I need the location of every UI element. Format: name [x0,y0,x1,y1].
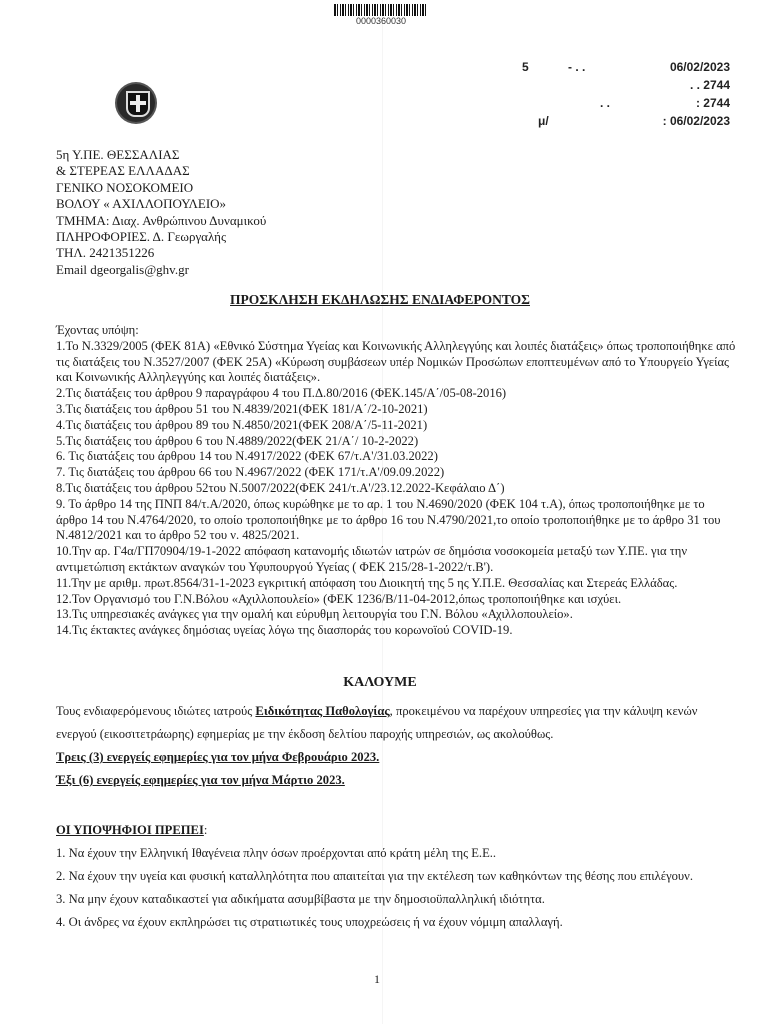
registry-org-number: 5 [522,60,529,74]
sender-line: ΓΕΝΙΚΟ ΝΟΣΟΚΟΜΕΙΟ [56,180,266,196]
barcode-number: 0000360030 [333,16,429,27]
sender-line: 5η Υ.ΠΕ. ΘΕΣΣΑΛΙΑΣ [56,147,266,163]
sender-line: ΒΟΛΟΥ « ΑΧΙΛΛΟΠΟΥΛΕΙΟ» [56,196,266,212]
shift-february: Τρεις (3) ενεργείς εφημερίες για τον μήν… [56,746,736,769]
consideration-item: 6. Τις διατάξεις του άρθρου 14 του Ν.491… [56,449,736,465]
consideration-item: 3.Τις διατάξεις του άρθρου 51 του Ν.4839… [56,402,736,418]
consideration-item: 13.Τις υπηρεσιακές ανάγκες για την ομαλή… [56,607,736,623]
sender-line: ΠΛΗΡΟΦΟΡΙΕΣ. Δ. Γεωργαλής [56,229,266,245]
registry-row1-marks: - . . [568,60,585,74]
document-title: ΠΡΟΣΚΛΗΣΗ ΕΚΔΗΛΩΣΗΣ ΕΝΔΙΑΦΕΡΟΝΤΟΣ [0,292,760,308]
requirement-item: 2. Να έχουν την υγεία και φυσική καταλλη… [56,865,736,888]
consideration-item: 5.Τις διατάξεις του άρθρου 6 του Ν.4889/… [56,434,736,450]
greek-coat-of-arms-icon [117,84,155,122]
consideration-item: 9. Το άρθρο 14 της ΠΝΠ 84/τ.Α/2020, όπως… [56,497,736,544]
registry-protocol-ref: : 2744 [696,96,730,110]
sender-line: ΤΜΗΜΑ: Διαχ. Ανθρώπινου Δυναμικού [56,213,266,229]
shift-march: Έξι (6) ενεργείς εφημερίες για τον μήνα … [56,769,736,792]
sender-block: 5η Υ.ΠΕ. ΘΕΣΣΑΛΙΑΣ & ΣΤΕΡΕΑΣ ΕΛΛΑΔΑΣ ΓΕΝ… [56,147,266,278]
consideration-item: 4.Τις διατάξεις του άρθρου 89 του Ν.4850… [56,418,736,434]
registry-date-2: : 06/02/2023 [663,114,730,128]
requirements-colon: : [204,823,208,837]
call-text-before: Τους ενδιαφερόμενους ιδιώτες ιατρούς [56,704,255,718]
registry-row4-label: μ/ [538,114,549,128]
call-paragraph: Τους ενδιαφερόμενους ιδιώτες ιατρούς Ειδ… [56,700,736,746]
registry-protocol-number: . . 2744 [690,78,730,92]
cross-shield-icon [126,91,150,117]
consideration-item: 10.Την αρ. Γ4α/ΓΠ70904/19-1-2022 απόφαση… [56,544,736,576]
sender-line: & ΣΤΕΡΕΑΣ ΕΛΛΑΔΑΣ [56,163,266,179]
registry-row3-marks: . . [600,96,610,110]
barcode-bars [334,4,428,16]
specialty-name: Ειδικότητας Παθολογίας [255,704,389,718]
considerations-section: Έχοντας υπόψη: 1.Το Ν.3329/2005 (ΦΕΚ 81Α… [56,323,736,639]
sender-phone: ΤΗΛ. 2421351226 [56,245,266,261]
consideration-item: 2.Τις διατάξεις του άρθρου 9 παραγράφου … [56,386,736,402]
registry-stamp: 5 - . . 06/02/2023 . . 2744 . . : 2744 μ… [500,60,730,132]
barcode: 0000360030 [333,4,429,26]
call-section: Τους ενδιαφερόμενους ιδιώτες ιατρούς Ειδ… [56,700,736,792]
requirements-heading: ΟΙ ΥΠΟΨΗΦΙΟΙ ΠΡΕΠΕΙ [56,823,204,837]
consideration-item: 12.Τον Οργανισμό του Γ.Ν.Βόλου «Αχιλλοπο… [56,592,736,608]
requirement-item: 3. Να μην έχουν καταδικαστεί για αδικήμα… [56,888,736,911]
consideration-item: 7. Τις διατάξεις του άρθρου 66 του Ν.496… [56,465,736,481]
call-heading: ΚΑΛΟΥΜΕ [0,675,760,691]
sender-email: Email dgeorgalis@ghv.gr [56,262,266,278]
consideration-item: 1.Το Ν.3329/2005 (ΦΕΚ 81Α) «Εθνικό Σύστη… [56,339,736,386]
requirement-item: 1. Να έχουν την Ελληνική Ιθαγένεια πλην … [56,842,736,865]
consideration-item: 11.Την με αριθμ. πρωτ.8564/31-1-2023 εγκ… [56,576,736,592]
page-number: 1 [374,972,380,987]
consideration-item: 8.Τις διατάξεις του άρθρου 52του Ν.5007/… [56,481,736,497]
registry-date: 06/02/2023 [670,60,730,74]
requirements-section: ΟΙ ΥΠΟΨΗΦΙΟΙ ΠΡΕΠΕΙ: 1. Να έχουν την Ελλ… [56,819,736,934]
considerations-intro: Έχοντας υπόψη: [56,323,736,339]
consideration-item: 14.Τις έκτακτες ανάγκες δημόσιας υγείας … [56,623,736,639]
requirement-item: 4. Οι άνδρες να έχουν εκπληρώσει τις στρ… [56,911,736,934]
